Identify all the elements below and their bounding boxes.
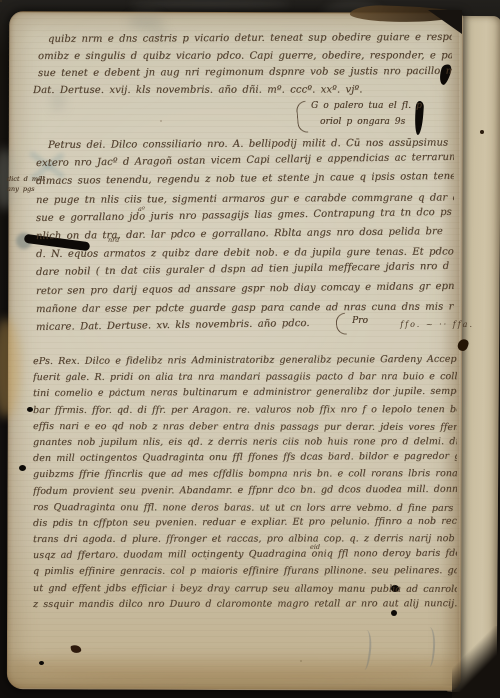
manuscript-line: dimacs suos tenendu, regendu z nob tue e… [36,171,454,194]
manuscript-line: q pimlis effinire genracis. col p maiori… [33,566,457,583]
margin-note-text: Pro [352,316,368,332]
background-streak [130,0,290,9]
manuscript-line: nlich on da tra, dar. lar pdco e gorrall… [36,226,454,249]
margin-note-line: oriol p ongara 9s [311,117,422,133]
paragraph-bottom: ePs. Rex. Dilco e fidelibz nris Administ… [33,356,457,615]
manuscript-line: guibzms ffrie ffincrlis que ad mes cffdl… [33,468,457,485]
ink-speck [480,130,484,134]
manuscript-photograph: quibz nrm e dns castris p vicario detur.… [0,0,500,698]
paragraph-middle: Petrus dei. Dilco conssiliario nro. A. b… [36,140,454,340]
manuscript-line: Dat. Dertuse. xvij. kls novembris. año d… [33,84,452,102]
interlinear-addition: aº [138,205,145,213]
margin-note-right-mid: Pro ffo. ~ ·· ffa. [336,313,474,335]
manuscript-line: z ssquir mandis dilco nro Duuro d clarom… [33,598,457,615]
manuscript-line: bar ffrmis. ffor. qd. di ffr. per Aragon… [33,404,457,421]
bottom-browning [14,650,454,680]
manuscript-line: ffodum provient seu pvenir. Abandamr. e … [33,483,457,501]
interlinear-addition: eid [310,543,320,551]
ghost-mark [128,14,164,30]
ink-dot [19,465,26,471]
margin-note-right-top: G o palero tua el fl. p oriol p ongara 9… [297,101,422,133]
margin-note-line: G o palero tua el fl. p [311,101,422,117]
manuscript-line: quibz nrm e dns castris p vicario detur.… [38,32,452,51]
bracket-mark [335,313,347,336]
manuscript-line: tini comelio e pactum neras bultinarum e… [33,386,457,404]
dark-corner-shadow [452,626,500,698]
manuscript-line: den mill octingentos Quadraginta onu ffl… [33,451,457,469]
paragraph-top: quibz nrm e dns castris p vicario detur.… [38,34,452,102]
manuscript-line: dis pdis tn cffpton seu pvenien. reduar … [33,516,457,534]
margin-note-lines: G o palero tua el fl. p oriol p ongara 9… [311,101,422,133]
manuscript-line: ePs. Rex. Dilco e fidelibz nris Administ… [33,354,457,372]
manuscript-line: sue tenet e debent jn aug nri regimonum … [38,66,452,85]
paper-specks [0,0,2,2]
manuscript-line: ut gnd effent jdbs efficiar i beyz dray … [33,583,457,600]
manuscript-line: usqz ad ffertaro. duodam mill octingenty… [33,548,457,566]
bracket-mark [296,101,309,134]
flourish-mark: ffo. ~ ·· ffa. [400,320,474,329]
ink-dot [39,661,44,665]
interlinear-addition: nrā [108,236,119,244]
